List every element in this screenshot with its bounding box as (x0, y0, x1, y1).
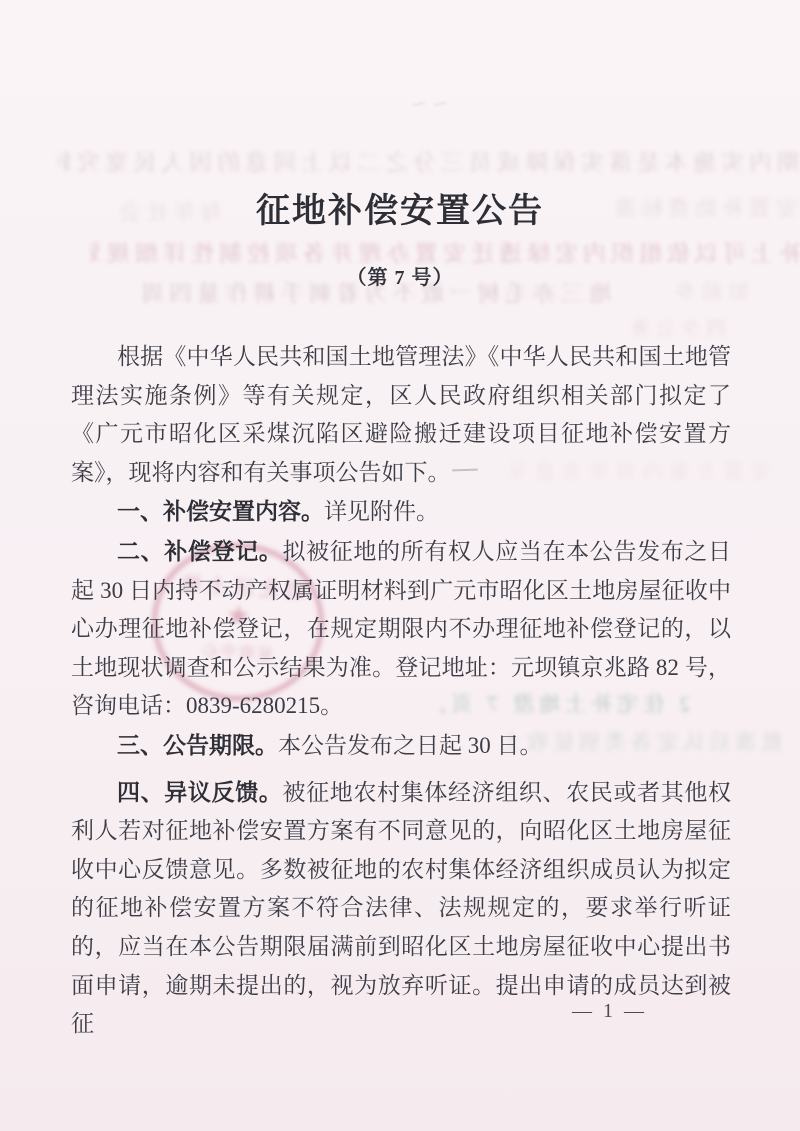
document-content: 征地补偿安置公告 （第 7 号） 根据《中华人民共和国土地管理法》《中华人民共和… (0, 0, 800, 1131)
item-1-text: 详见附件。 (324, 499, 439, 524)
page-number: — 1 — (572, 1000, 647, 1023)
item-4-heading: 四、异议反馈。 (117, 779, 282, 805)
item-4-text: 被征地农村集体经济组织、农民或者其他权利人若对征地补偿安置方案有不同意见的，向昭… (71, 780, 731, 1037)
paragraph-item-3: 三、公告期限。本公告发布之日起 30 日。 (71, 726, 731, 766)
item-3-text: 本公告发布之日起 30 日。 (278, 733, 543, 758)
item-2-heading: 二、补偿登记。 (117, 538, 282, 564)
item-3-heading: 三、公告期限。 (117, 732, 278, 758)
document-number: （第 7 号） (0, 261, 800, 290)
scanned-notice-page: 昭化区土地 ★ 征收中心 期内实施本是落实保障成员三分之二以上同意的因人民宽究转… (0, 0, 800, 1131)
paragraph-item-1: 一、补偿安置内容。详见附件。 (71, 492, 731, 532)
item-2-text: 拟被征地的所有权人应当在本公告发布之日起 30 日内持不动产权属证明材料到广元市… (71, 539, 731, 718)
intro-text: 根据《中华人民共和国土地管理法》《中华人民共和国土地管理法实施条例》等有关规定，… (71, 344, 731, 485)
notice-title: 征地补偿安置公告 (0, 183, 800, 232)
paragraph-item-2: 二、补偿登记。拟被征地的所有权人应当在本公告发布之日起 30 日内持不动产权属证… (71, 532, 731, 726)
notice-body: 根据《中华人民共和国土地管理法》《中华人民共和国土地管理法实施条例》等有关规定，… (71, 338, 731, 1044)
item-1-heading: 一、补偿安置内容。 (117, 498, 324, 524)
paragraph-intro: 根据《中华人民共和国土地管理法》《中华人民共和国土地管理法实施条例》等有关规定，… (71, 338, 731, 492)
